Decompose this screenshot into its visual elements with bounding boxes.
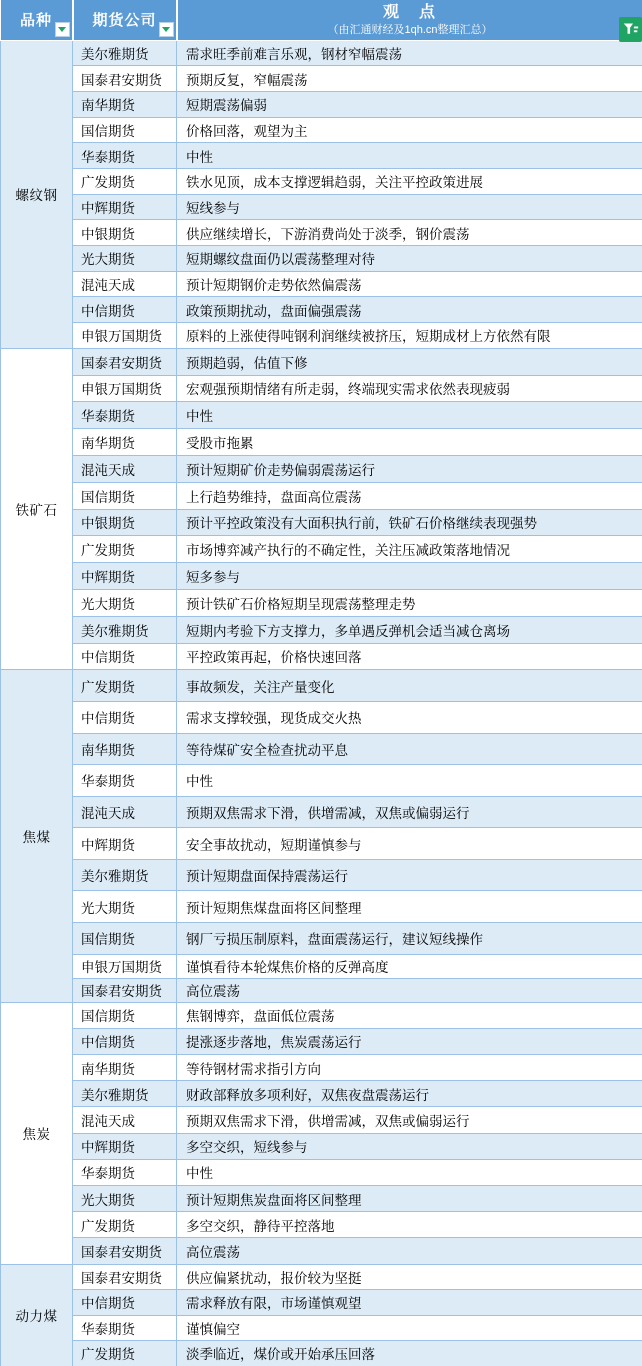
company-cell[interactable]: 国泰君安期货 bbox=[73, 66, 177, 92]
view-cell[interactable]: 等待煤矿安全检查扰动平息 bbox=[177, 733, 642, 765]
table-row: 光大期货短期螺纹盘面仍以震荡整理对待 bbox=[1, 246, 642, 272]
company-cell[interactable]: 美尔雅期货 bbox=[73, 859, 177, 891]
table-row: 广发期货淡季临近，煤价或开始承压回落 bbox=[1, 1341, 642, 1366]
view-cell[interactable]: 财政部释放多项利好，双焦夜盘震荡运行 bbox=[177, 1081, 642, 1107]
company-cell[interactable]: 国信期货 bbox=[73, 117, 177, 143]
view-cell[interactable]: 上行趋势维持，盘面高位震荡 bbox=[177, 482, 642, 509]
company-cell[interactable]: 国泰君安期货 bbox=[73, 348, 177, 375]
view-cell[interactable]: 预期双焦需求下滑，供增需减，双焦或偏弱运行 bbox=[177, 796, 642, 828]
company-cell[interactable]: 国信期货 bbox=[73, 482, 177, 509]
company-cell[interactable]: 中银期货 bbox=[73, 220, 177, 246]
company-cell[interactable]: 广发期货 bbox=[73, 536, 177, 563]
view-cell[interactable]: 中性 bbox=[177, 1159, 642, 1185]
view-cell[interactable]: 高位震荡 bbox=[177, 978, 642, 1002]
company-cell[interactable]: 国泰君安期货 bbox=[73, 1238, 177, 1264]
company-cell[interactable]: 南华期货 bbox=[73, 429, 177, 456]
company-cell[interactable]: 华泰期货 bbox=[73, 402, 177, 429]
variety-cell[interactable]: 焦煤 bbox=[1, 670, 73, 1002]
table-row: 申银万国期货原料的上涨使得吨钢利润继续被挤压，短期成材上方依然有限 bbox=[1, 323, 642, 349]
view-cell[interactable]: 政策预期扰动，盘面偏强震荡 bbox=[177, 297, 642, 323]
view-cell[interactable]: 供应继续增长，下游消费尚处于淡季，钢价震荡 bbox=[177, 220, 642, 246]
header-row: 品种 期货公司 观 点 （由汇通财经及1qh.cn整理汇总） bbox=[1, 0, 642, 40]
view-cell[interactable]: 淡季临近，煤价或开始承压回落 bbox=[177, 1341, 642, 1366]
company-cell[interactable]: 广发期货 bbox=[73, 168, 177, 194]
table-row: 中信期货提涨逐步落地，焦炭震荡运行 bbox=[1, 1028, 642, 1054]
view-cell[interactable]: 供应偏紧扰动，报价较为坚挺 bbox=[177, 1264, 642, 1290]
view-cell[interactable]: 短期内考验下方支撑力，多单遇反弹机会适当减仓离场 bbox=[177, 616, 642, 643]
table-row: 国信期货钢厂亏损压制原料，盘面震荡运行，建议短线操作 bbox=[1, 923, 642, 955]
variety-cell[interactable]: 螺纹钢 bbox=[1, 40, 73, 348]
view-cell[interactable]: 宏观强预期情绪有所走弱，终端现实需求依然表现疲弱 bbox=[177, 375, 642, 402]
view-cell[interactable]: 安全事故扰动，短期谨慎参与 bbox=[177, 828, 642, 860]
company-cell[interactable]: 混沌天成 bbox=[73, 796, 177, 828]
company-cell[interactable]: 国信期货 bbox=[73, 1002, 177, 1028]
company-cell[interactable]: 华泰期货 bbox=[73, 1315, 177, 1341]
header-variety-label: 品种 bbox=[20, 12, 52, 29]
view-cell[interactable]: 中性 bbox=[177, 402, 642, 429]
table-row: 混沌天成预计短期钢价走势依然偏震荡 bbox=[1, 271, 642, 297]
table-row: 动力煤国泰君安期货供应偏紧扰动，报价较为坚挺 bbox=[1, 1264, 642, 1290]
table-row: 南华期货短期震荡偏弱 bbox=[1, 91, 642, 117]
table-row: 国信期货价格回落，观望为主 bbox=[1, 117, 642, 143]
view-cell[interactable]: 中性 bbox=[177, 143, 642, 169]
company-cell[interactable]: 混沌天成 bbox=[73, 271, 177, 297]
company-cell[interactable]: 光大期货 bbox=[73, 589, 177, 616]
view-cell[interactable]: 预期反复，窄幅震荡 bbox=[177, 66, 642, 92]
table-row: 中信期货政策预期扰动，盘面偏强震荡 bbox=[1, 297, 642, 323]
company-cell[interactable]: 国泰君安期货 bbox=[73, 1264, 177, 1290]
view-cell[interactable]: 需求支撑较强，现货成交火热 bbox=[177, 701, 642, 733]
header-cell-view: 观 点 （由汇通财经及1qh.cn整理汇总） bbox=[177, 0, 642, 40]
header-view-title: 观 点 bbox=[178, 3, 642, 23]
header-view-subtitle: （由汇通财经及1qh.cn整理汇总） bbox=[178, 23, 642, 37]
table-row: 广发期货市场博弈减产执行的不确定性，关注压减政策落地情况 bbox=[1, 536, 642, 563]
view-cell[interactable]: 谨慎看待本轮煤焦价格的反弹高度 bbox=[177, 954, 642, 978]
view-cell[interactable]: 事故频发，关注产量变化 bbox=[177, 670, 642, 702]
company-cell[interactable]: 光大期货 bbox=[73, 1185, 177, 1211]
company-cell[interactable]: 中辉期货 bbox=[73, 194, 177, 220]
company-cell[interactable]: 广发期货 bbox=[73, 1341, 177, 1366]
view-cell[interactable]: 市场博弈减产执行的不确定性，关注压减政策落地情况 bbox=[177, 536, 642, 563]
company-cell[interactable]: 美尔雅期货 bbox=[73, 616, 177, 643]
view-cell[interactable]: 焦钢博弈，盘面低位震荡 bbox=[177, 1002, 642, 1028]
company-cell[interactable]: 南华期货 bbox=[73, 1055, 177, 1081]
variety-cell[interactable]: 焦炭 bbox=[1, 1002, 73, 1264]
table-row: 混沌天成预期双焦需求下滑，供增需减，双焦或偏弱运行 bbox=[1, 796, 642, 828]
company-cell[interactable]: 美尔雅期货 bbox=[73, 1081, 177, 1107]
table-row: 申银万国期货谨慎看待本轮煤焦价格的反弹高度 bbox=[1, 954, 642, 978]
company-cell[interactable]: 中银期货 bbox=[73, 509, 177, 536]
view-cell[interactable]: 预期趋弱，估值下修 bbox=[177, 348, 642, 375]
view-cell[interactable]: 提涨逐步落地，焦炭震荡运行 bbox=[177, 1028, 642, 1054]
header-company-label: 期货公司 bbox=[92, 12, 156, 29]
table-row: 中银期货预计平控政策没有大面积执行前，铁矿石价格继续表现强势 bbox=[1, 509, 642, 536]
table-row: 南华期货受股市拖累 bbox=[1, 429, 642, 456]
view-cell[interactable]: 受股市拖累 bbox=[177, 429, 642, 456]
view-cell[interactable]: 预计短期焦炭盘面将区间整理 bbox=[177, 1185, 642, 1211]
view-cell[interactable]: 预计短期矿价走势偏弱震荡运行 bbox=[177, 455, 642, 482]
company-cell[interactable]: 华泰期货 bbox=[73, 1159, 177, 1185]
table-row: 混沌天成预计短期矿价走势偏弱震荡运行 bbox=[1, 455, 642, 482]
table-row: 中信期货平控政策再起，价格快速回落 bbox=[1, 643, 642, 670]
table-row: 焦炭国信期货焦钢博弈，盘面低位震荡 bbox=[1, 1002, 642, 1028]
company-cell[interactable]: 申银万国期货 bbox=[73, 954, 177, 978]
table-row: 光大期货预计短期焦炭盘面将区间整理 bbox=[1, 1185, 642, 1211]
company-cell[interactable]: 中信期货 bbox=[73, 297, 177, 323]
table-row: 光大期货预计短期焦煤盘面将区间整理 bbox=[1, 891, 642, 923]
company-cell[interactable]: 中辉期货 bbox=[73, 1133, 177, 1159]
view-cell[interactable]: 预计铁矿石价格短期呈现震荡整理走势 bbox=[177, 589, 642, 616]
table-row: 华泰期货中性 bbox=[1, 1159, 642, 1185]
table-row: 华泰期货谨慎偏空 bbox=[1, 1315, 642, 1341]
company-cell[interactable]: 申银万国期货 bbox=[73, 323, 177, 349]
company-cell[interactable]: 国信期货 bbox=[73, 923, 177, 955]
view-cell[interactable]: 预计短期焦煤盘面将区间整理 bbox=[177, 891, 642, 923]
company-cell[interactable]: 中信期货 bbox=[73, 701, 177, 733]
filter-dropdown-icon bbox=[58, 27, 66, 32]
view-cell[interactable]: 原料的上涨使得吨钢利润继续被挤压，短期成材上方依然有限 bbox=[177, 323, 642, 349]
company-cell[interactable]: 国泰君安期货 bbox=[73, 978, 177, 1002]
table-row: 华泰期货中性 bbox=[1, 765, 642, 797]
table-row: 铁矿石国泰君安期货预期趋弱，估值下修 bbox=[1, 348, 642, 375]
header-cell-company: 期货公司 bbox=[73, 0, 177, 40]
filter-funnel-icon[interactable] bbox=[619, 17, 642, 42]
view-cell[interactable]: 短期震荡偏弱 bbox=[177, 91, 642, 117]
table-row: 广发期货铁水见顶，成本支撑逻辑趋弱，关注平控政策进展 bbox=[1, 168, 642, 194]
company-filter-button[interactable] bbox=[159, 22, 174, 37]
company-cell[interactable]: 中辉期货 bbox=[73, 563, 177, 590]
company-cell[interactable]: 中信期货 bbox=[73, 1290, 177, 1316]
table-row: 焦煤广发期货事故频发，关注产量变化 bbox=[1, 670, 642, 702]
view-cell[interactable]: 预计平控政策没有大面积执行前，铁矿石价格继续表现强势 bbox=[177, 509, 642, 536]
table-row: 申银万国期货宏观强预期情绪有所走弱，终端现实需求依然表现疲弱 bbox=[1, 375, 642, 402]
filter-dropdown-icon bbox=[162, 27, 170, 32]
view-cell[interactable]: 铁水见顶，成本支撑逻辑趋弱，关注平控政策进展 bbox=[177, 168, 642, 194]
table-row: 华泰期货中性 bbox=[1, 402, 642, 429]
company-cell[interactable]: 申银万国期货 bbox=[73, 375, 177, 402]
view-cell[interactable]: 短期螺纹盘面仍以震荡整理对待 bbox=[177, 246, 642, 272]
company-cell[interactable]: 光大期货 bbox=[73, 246, 177, 272]
table-row: 广发期货多空交织，静待平控落地 bbox=[1, 1212, 642, 1238]
view-cell[interactable]: 价格回落，观望为主 bbox=[177, 117, 642, 143]
table-row: 国泰君安期货高位震荡 bbox=[1, 978, 642, 1002]
table-row: 螺纹钢美尔雅期货需求旺季前难言乐观，钢材窄幅震荡 bbox=[1, 40, 642, 66]
table-row: 中信期货需求释放有限，市场谨慎观望 bbox=[1, 1290, 642, 1316]
table-row: 中辉期货短线参与 bbox=[1, 194, 642, 220]
view-cell[interactable]: 预计短期钢价走势依然偏震荡 bbox=[177, 271, 642, 297]
table-row: 混沌天成预期双焦需求下滑，供增需减，双焦或偏弱运行 bbox=[1, 1107, 642, 1133]
futures-views-table: 品种 期货公司 观 点 （由汇通财经及1qh.cn整理汇总） 螺纹钢美尔雅期货需… bbox=[0, 0, 642, 1366]
table-row: 中银期货供应继续增长，下游消费尚处于淡季，钢价震荡 bbox=[1, 220, 642, 246]
variety-filter-button[interactable] bbox=[55, 22, 70, 37]
company-cell[interactable]: 南华期货 bbox=[73, 91, 177, 117]
futures-views-sheet: 品种 期货公司 观 点 （由汇通财经及1qh.cn整理汇总） 螺纹钢美尔雅期货需… bbox=[0, 0, 642, 1366]
view-cell[interactable]: 多空交织，短线参与 bbox=[177, 1133, 642, 1159]
table-row: 中辉期货安全事故扰动，短期谨慎参与 bbox=[1, 828, 642, 860]
company-cell[interactable]: 南华期货 bbox=[73, 733, 177, 765]
company-cell[interactable]: 美尔雅期货 bbox=[73, 40, 177, 66]
variety-cell[interactable]: 动力煤 bbox=[1, 1264, 73, 1366]
view-cell[interactable]: 高位震荡 bbox=[177, 1238, 642, 1264]
table-row: 南华期货等待煤矿安全检查扰动平息 bbox=[1, 733, 642, 765]
company-cell[interactable]: 华泰期货 bbox=[73, 143, 177, 169]
view-cell[interactable]: 短多参与 bbox=[177, 563, 642, 590]
table-header: 品种 期货公司 观 点 （由汇通财经及1qh.cn整理汇总） bbox=[1, 0, 642, 40]
header-cell-variety: 品种 bbox=[1, 0, 73, 40]
table-row: 美尔雅期货短期内考验下方支撑力，多单遇反弹机会适当减仓离场 bbox=[1, 616, 642, 643]
company-cell[interactable]: 中信期货 bbox=[73, 643, 177, 670]
view-cell[interactable]: 预期双焦需求下滑，供增需减，双焦或偏弱运行 bbox=[177, 1107, 642, 1133]
view-cell[interactable]: 等待钢材需求指引方向 bbox=[177, 1055, 642, 1081]
table-row: 国泰君安期货预期反复，窄幅震荡 bbox=[1, 66, 642, 92]
company-cell[interactable]: 广发期货 bbox=[73, 1212, 177, 1238]
table-row: 美尔雅期货预计短期盘面保持震荡运行 bbox=[1, 859, 642, 891]
table-row: 中辉期货短多参与 bbox=[1, 563, 642, 590]
view-cell[interactable]: 多空交织，静待平控落地 bbox=[177, 1212, 642, 1238]
table-body: 螺纹钢美尔雅期货需求旺季前难言乐观，钢材窄幅震荡国泰君安期货预期反复，窄幅震荡南… bbox=[1, 40, 642, 1366]
view-cell[interactable]: 中性 bbox=[177, 765, 642, 797]
table-row: 中信期货需求支撑较强，现货成交火热 bbox=[1, 701, 642, 733]
view-cell[interactable]: 谨慎偏空 bbox=[177, 1315, 642, 1341]
view-cell[interactable]: 预计短期盘面保持震荡运行 bbox=[177, 859, 642, 891]
view-cell[interactable]: 钢厂亏损压制原料，盘面震荡运行，建议短线操作 bbox=[177, 923, 642, 955]
company-cell[interactable]: 华泰期货 bbox=[73, 765, 177, 797]
table-row: 南华期货等待钢材需求指引方向 bbox=[1, 1055, 642, 1081]
company-cell[interactable]: 中信期货 bbox=[73, 1028, 177, 1054]
view-cell[interactable]: 平控政策再起，价格快速回落 bbox=[177, 643, 642, 670]
view-cell[interactable]: 需求旺季前难言乐观，钢材窄幅震荡 bbox=[177, 40, 642, 66]
company-cell[interactable]: 混沌天成 bbox=[73, 455, 177, 482]
table-row: 中辉期货多空交织，短线参与 bbox=[1, 1133, 642, 1159]
table-row: 光大期货预计铁矿石价格短期呈现震荡整理走势 bbox=[1, 589, 642, 616]
table-row: 国泰君安期货高位震荡 bbox=[1, 1238, 642, 1264]
company-cell[interactable]: 广发期货 bbox=[73, 670, 177, 702]
table-row: 华泰期货中性 bbox=[1, 143, 642, 169]
view-cell[interactable]: 需求释放有限，市场谨慎观望 bbox=[177, 1290, 642, 1316]
company-cell[interactable]: 混沌天成 bbox=[73, 1107, 177, 1133]
variety-cell[interactable]: 铁矿石 bbox=[1, 348, 73, 670]
company-cell[interactable]: 光大期货 bbox=[73, 891, 177, 923]
view-cell[interactable]: 短线参与 bbox=[177, 194, 642, 220]
table-row: 国信期货上行趋势维持，盘面高位震荡 bbox=[1, 482, 642, 509]
company-cell[interactable]: 中辉期货 bbox=[73, 828, 177, 860]
table-row: 美尔雅期货财政部释放多项利好，双焦夜盘震荡运行 bbox=[1, 1081, 642, 1107]
